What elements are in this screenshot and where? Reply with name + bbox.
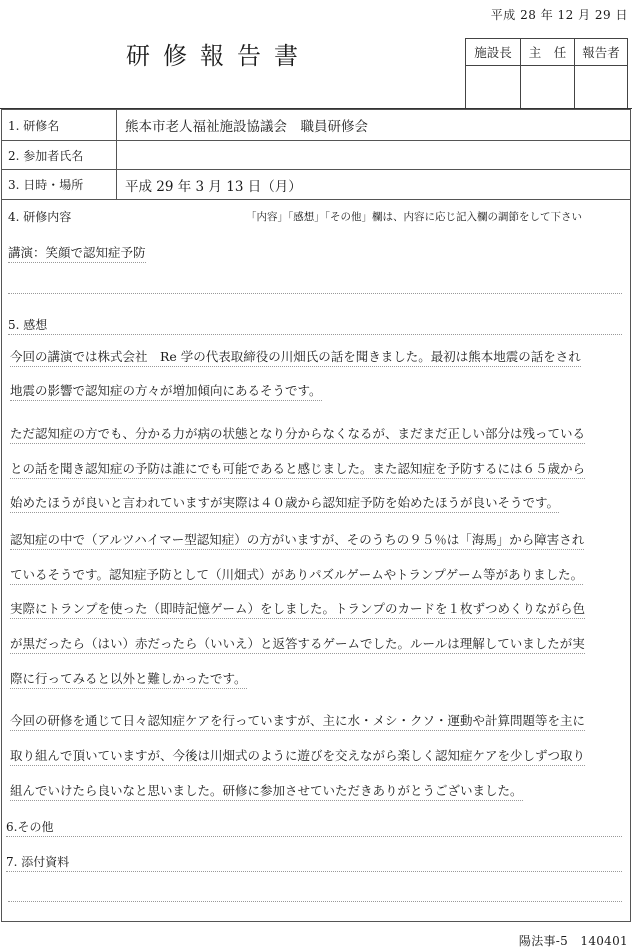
stamp-header-facility-director: 施設長 bbox=[466, 39, 521, 66]
impression-line[interactable]: 今回の講演では株式会社 Re 学の代表取締役の川畑氏の話を聞きました。最初は熊本… bbox=[10, 348, 581, 367]
attachments-heading: 7. 添付資料 bbox=[6, 853, 622, 872]
participant-name-label: 2. 参加者氏名 bbox=[2, 141, 117, 169]
impression-line[interactable]: 始めたほうが良いと言われていますが実際は４０歳から認知症予防を始めたほうが良いそ… bbox=[10, 494, 559, 513]
impression-line[interactable]: との話を聞き認知症の予防は誰にでも可能であると感じました。また認知症を予防するに… bbox=[10, 460, 585, 479]
lecture-title-line[interactable]: 講演：笑顔で認知症予防 bbox=[8, 244, 146, 263]
impression-line[interactable]: 際に行ってみると以外と難しかったです。 bbox=[10, 670, 247, 689]
impression-line[interactable]: 組んでいけたら良いなと思いました。研修に参加させていただきありがとうございました… bbox=[10, 782, 523, 801]
impression-line[interactable]: 認知症の中で（アルツハイマー型認知症）の方がいますが、そのうちの９５％は「海馬」… bbox=[10, 531, 584, 550]
datetime-place-field[interactable]: 平成 29 年 3 月 13 日（月） bbox=[117, 170, 630, 199]
participant-name-field[interactable] bbox=[117, 141, 630, 169]
impressions-heading: 5. 感想 bbox=[8, 316, 622, 335]
impression-line[interactable]: 取り組んで頂いていますが、今後は川畑式のように遊びを交えながら楽しく認知症ケアを… bbox=[10, 747, 585, 766]
impression-line[interactable]: 今回の研修を通じて日々認知症ケアを行っていますが、主に水・メシ・クソ・運動や計算… bbox=[10, 712, 585, 731]
report-form: 1. 研修名 熊本市老人福祉施設協議会 職員研修会 2. 参加者氏名 3. 日時… bbox=[1, 109, 631, 922]
training-content-heading: 4. 研修内容 bbox=[8, 208, 71, 225]
form-code: 陽法事-5 140401 bbox=[519, 932, 628, 949]
page-title: 研修報告書 bbox=[126, 36, 311, 71]
stamp-header-supervisor: 主 任 bbox=[521, 39, 575, 66]
impression-line[interactable]: 実際にトランプを使った（即時記憶ゲーム）をしました。トランプのカードを１枚ずつめ… bbox=[10, 600, 585, 619]
training-name-field[interactable]: 熊本市老人福祉施設協議会 職員研修会 bbox=[117, 110, 630, 140]
form-instruction-note: 「内容」「感想」「その他」欄は、内容に応じ記入欄の調節をして下さい bbox=[246, 209, 582, 224]
form-row-training-name: 1. 研修名 熊本市老人福祉施設協議会 職員研修会 bbox=[2, 110, 630, 141]
form-row-participant: 2. 参加者氏名 bbox=[2, 141, 630, 170]
stamp-field-supervisor[interactable] bbox=[521, 66, 575, 108]
stamp-field-reporter[interactable] bbox=[575, 66, 627, 108]
stamp-field-facility-director[interactable] bbox=[466, 66, 521, 108]
impression-line[interactable]: 地震の影響で認知症の方々が増加傾向にあるそうです。 bbox=[10, 382, 322, 401]
other-heading: 6.その他 bbox=[6, 818, 622, 837]
impression-line[interactable]: が黒だったら（はい）赤だったら（いいえ）と返答するゲームでした。ルールは理解して… bbox=[10, 635, 585, 654]
stamp-header-reporter: 報告者 bbox=[575, 39, 627, 66]
attachments-blank-line[interactable] bbox=[8, 901, 622, 902]
form-row-datetime-place: 3. 日時・場所 平成 29 年 3 月 13 日（月） bbox=[2, 170, 630, 200]
impression-line[interactable]: ただ認知症の方でも、分かる力が病の状態となり分からなくなるが、まだまだ正しい部分… bbox=[10, 425, 585, 444]
report-date: 平成 28 年 12 月 29 日 bbox=[491, 6, 628, 23]
datetime-place-label: 3. 日時・場所 bbox=[2, 170, 117, 199]
approval-stamp-table: 施設長 主 任 報告者 bbox=[465, 38, 628, 109]
impression-line[interactable]: ているそうです。認知症予防として（川畑式）がありパズルゲームやトランプゲーム等が… bbox=[10, 566, 583, 585]
content-blank-line[interactable] bbox=[8, 293, 622, 294]
training-name-label: 1. 研修名 bbox=[2, 110, 117, 140]
